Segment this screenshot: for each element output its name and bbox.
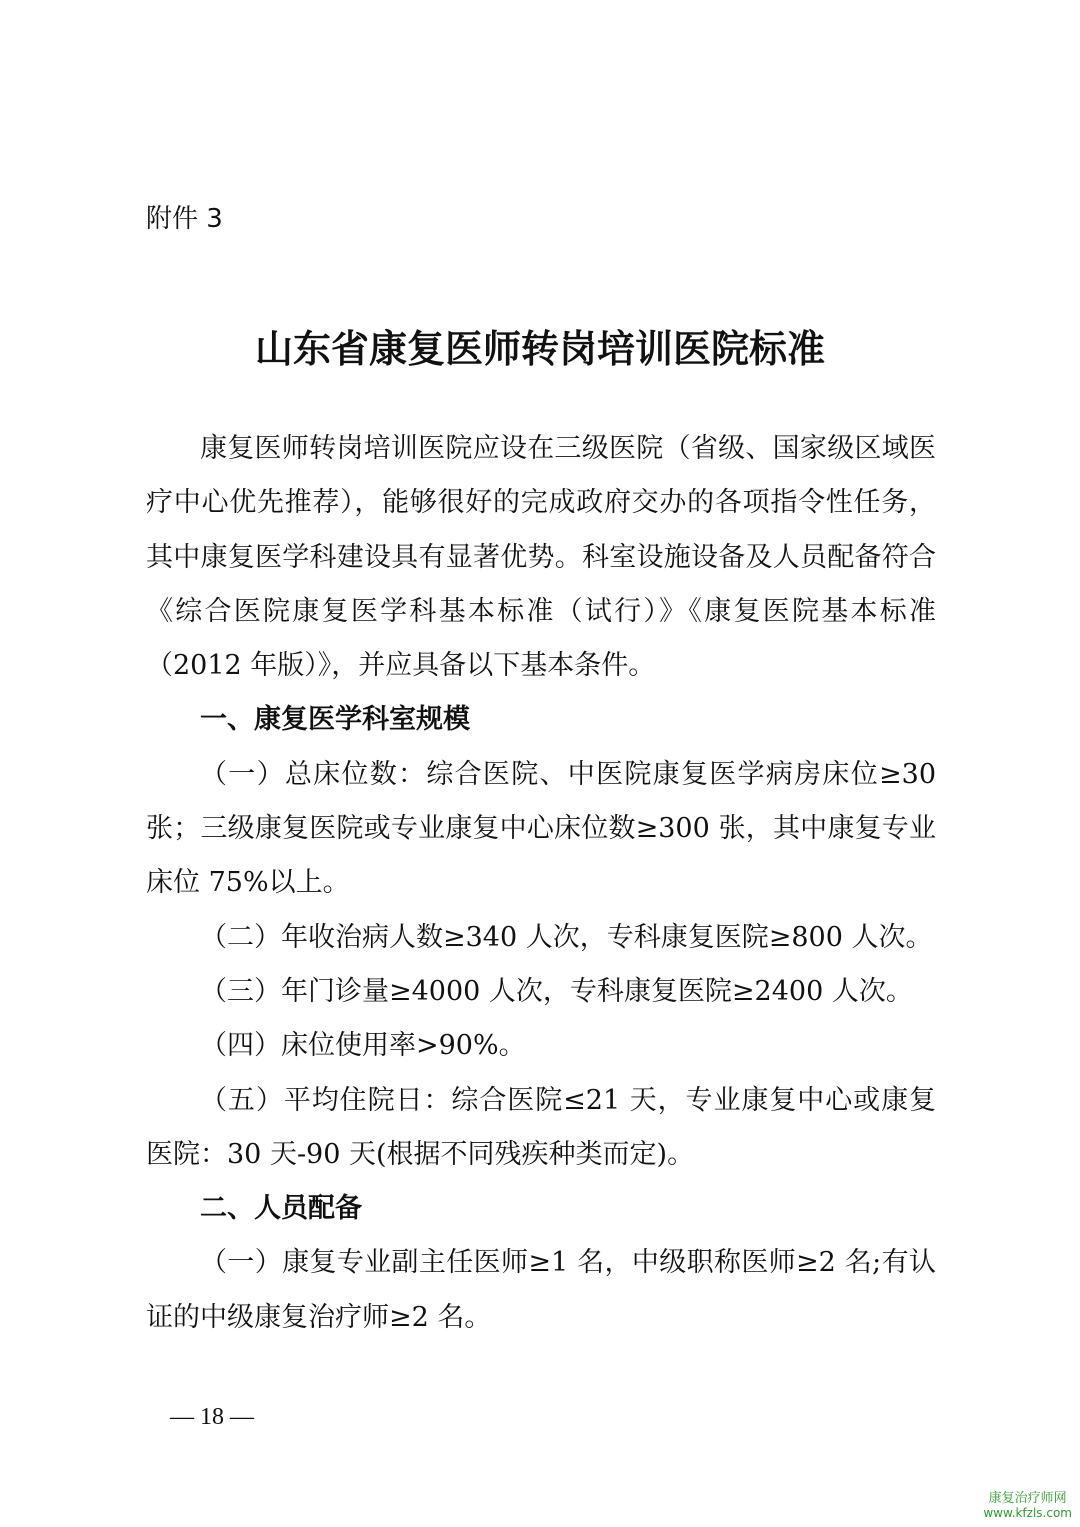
attachment-label: 附件 3 [146, 198, 223, 235]
page-number: — 18 — [170, 1404, 254, 1431]
clause-1-4: （四）床位使用率>90%。 [146, 1019, 936, 1073]
watermark-url: www.kfzls.com [983, 1506, 1072, 1520]
clause-2-1: （一）康复专业副主任医师≥1 名，中级职称医师≥2 名;有认证的中级康复治疗师≥… [146, 1236, 936, 1345]
document-title: 山东省康复医师转岗培训医院标准 [0, 318, 1080, 373]
clause-1-1: （一）总床位数：综合医院、中医院康复医学病房床位≥30张；三级康复医院或专业康复… [146, 748, 936, 911]
section-heading-1: 一、康复医学科室规模 [146, 693, 936, 747]
document-body: 康复医师转岗培训医院应设在三级医院（省级、国家级区域医疗中心优先推荐），能够很好… [146, 422, 936, 1345]
watermark-site-name: 康复治疗师网 [983, 1492, 1072, 1506]
section-heading-2: 二、人员配备 [146, 1182, 936, 1236]
intro-paragraph: 康复医师转岗培训医院应设在三级医院（省级、国家级区域医疗中心优先推荐），能够很好… [146, 422, 936, 693]
clause-1-3: （三）年门诊量≥4000 人次，专科康复医院≥2400 人次。 [146, 965, 936, 1019]
clause-1-2: （二）年收治病人数≥340 人次，专科康复医院≥800 人次。 [146, 911, 936, 965]
watermark: 康复治疗师网 www.kfzls.com [983, 1492, 1072, 1520]
clause-1-5: （五）平均住院日：综合医院≤21 天，专业康复中心或康复医院：30 天-90 天… [146, 1074, 936, 1183]
